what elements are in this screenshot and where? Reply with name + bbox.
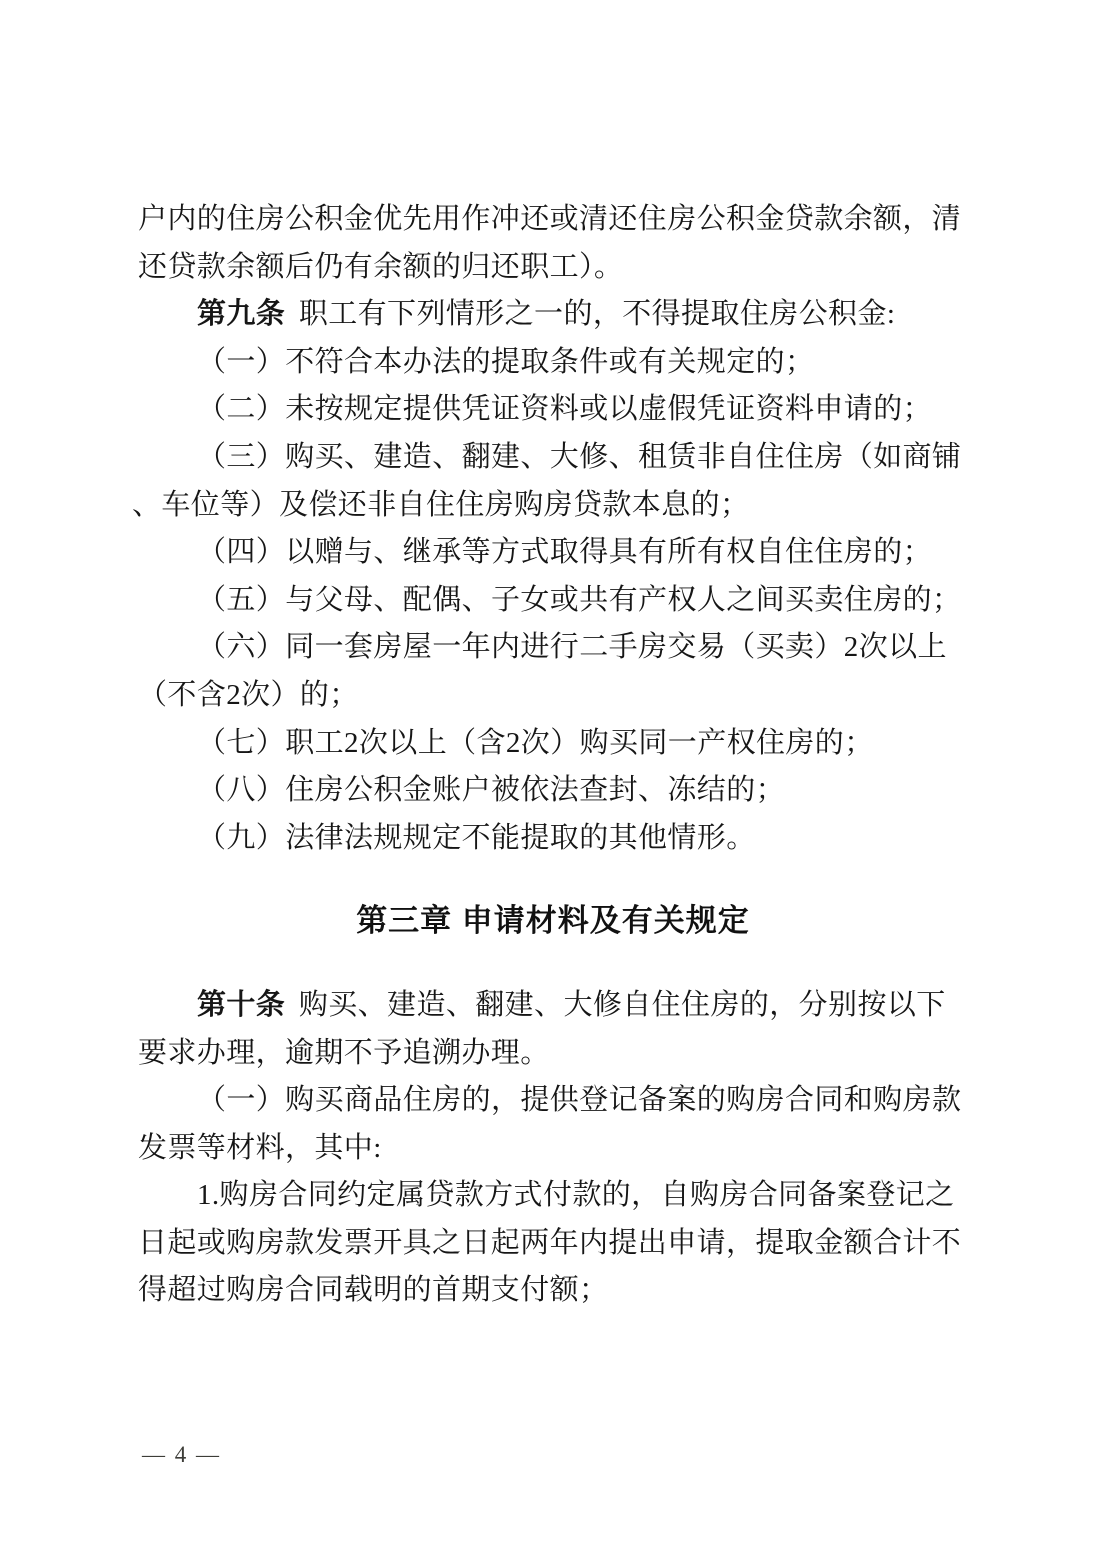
article-text: 职工有下列情形之一的，不得提取住房公积金: [291, 298, 895, 330]
text-line: （一）不符合本办法的提取条件或有关规定的； [138, 339, 968, 387]
article-number-bold: 第九条 [197, 298, 285, 330]
text-line: 第十条 购买、建造、翻建、大修自住住房的，分别按以下 [138, 982, 968, 1030]
text-line: （不含2次）的； [138, 672, 968, 720]
text-line: 日起或购房款发票开具之日起两年内提出申请，提取金额合计不 [138, 1220, 968, 1268]
text-line: （五）与父母、配偶、子女或共有产权人之间买卖住房的； [138, 577, 968, 625]
text-line: 1.购房合同约定属贷款方式付款的，自购房合同备案登记之 [138, 1172, 968, 1220]
article-text: 购买、建造、翻建、大修自住住房的，分别按以下 [291, 989, 945, 1021]
text-line: （七）职工2次以上（含2次）购买同一产权住房的； [138, 720, 968, 768]
text-line: 要求办理，逾期不予追溯办理。 [138, 1030, 968, 1078]
document-page: 户内的住房公积金优先用作冲还或清还住房公积金贷款余额，清 还贷款余额后仍有余额的… [0, 0, 1102, 1559]
text-line: 户内的住房公积金优先用作冲还或清还住房公积金贷款余额，清 [138, 196, 968, 244]
text-line: （九）法律法规规定不能提取的其他情形。 [138, 815, 968, 863]
text-line: 得超过购房合同载明的首期支付额； [138, 1267, 968, 1315]
text-line: （三）购买、建造、翻建、大修、租赁非自住住房（如商铺 [138, 434, 968, 482]
text-line: （四）以赠与、继承等方式取得具有所有权自住住房的； [138, 529, 968, 577]
text-line: （二）未按规定提供凭证资料或以虚假凭证资料申请的； [138, 386, 968, 434]
text-line: 发票等材料，其中: [138, 1125, 968, 1173]
document-body: 户内的住房公积金优先用作冲还或清还住房公积金贷款余额，清 还贷款余额后仍有余额的… [138, 196, 968, 1315]
text-line: （八）住房公积金账户被依法查封、冻结的； [138, 767, 968, 815]
text-line: 第九条 职工有下列情形之一的，不得提取住房公积金: [138, 291, 968, 339]
chapter-heading: 第三章 申请材料及有关规定 [138, 897, 968, 945]
text-line: 还贷款余额后仍有余额的归还职工）。 [138, 244, 968, 292]
text-line: （一）购买商品住房的，提供登记备案的购房合同和购房款 [138, 1077, 968, 1125]
text-line: （六）同一套房屋一年内进行二手房交易（买卖）2次以上 [138, 624, 968, 672]
article-number-bold: 第十条 [197, 989, 285, 1021]
page-number: — 4 — [142, 1442, 221, 1468]
text-line: 、车位等）及偿还非自住住房购房贷款本息的； [132, 482, 968, 530]
